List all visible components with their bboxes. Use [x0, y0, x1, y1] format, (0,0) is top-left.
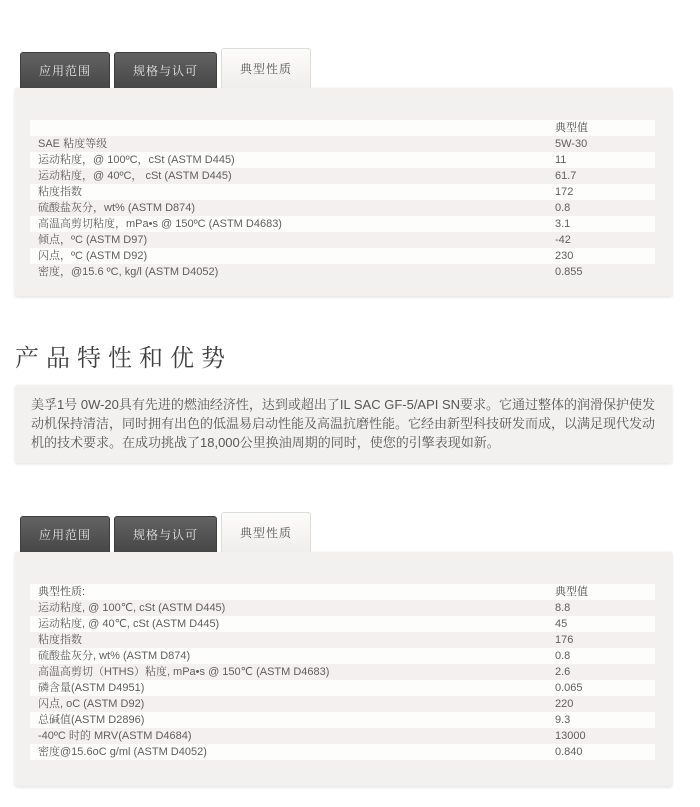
property-cell: 硫酸盐灰分, wt% (ASTM D874) [30, 648, 555, 664]
table-row: 闪点, oC (ASTM D92) 220 [30, 696, 655, 712]
table-body-2: 运动粘度, @ 100℃, cSt (ASTM D445) 8.8 运动粘度, … [30, 600, 655, 760]
property-cell: 总碱值(ASTM D2896) [30, 712, 555, 728]
features-heading: 产品特性和优势 [15, 338, 232, 373]
features-paragraph: 美孚1号 0W-20具有先进的燃油经济性，达到或超出了IL SAC GF-5/A… [31, 395, 656, 452]
tab-item[interactable]: 应用范围 [20, 52, 110, 88]
header-property-cell: 典型性质: [30, 584, 555, 600]
spec-panel-2: 典型性质: 典型值 运动粘度, @ 100℃, cSt (ASTM D445) … [15, 552, 672, 786]
property-cell: 运动粘度, @ 100℃, cSt (ASTM D445) [30, 600, 555, 616]
tab-bar-1: 应用范围 规格与认可 典型性质 [15, 48, 672, 88]
table-row: SAE 粘度等级 5W-30 [30, 136, 655, 152]
value-cell: 9.3 [555, 712, 655, 728]
value-cell: 8.8 [555, 600, 655, 616]
spec-table-1: 典型值 SAE 粘度等级 5W-30 运动粘度，@ 100ºC，cSt (AST… [30, 120, 655, 280]
value-cell: 0.840 [555, 744, 655, 760]
table-row: 粘度指数 176 [30, 632, 655, 648]
spec-table-2: 典型性质: 典型值 运动粘度, @ 100℃, cSt (ASTM D445) … [30, 584, 655, 760]
table-row: 总碱值(ASTM D2896) 9.3 [30, 712, 655, 728]
header-property-cell [30, 120, 555, 136]
value-cell: 220 [555, 696, 655, 712]
header-value-cell: 典型值 [555, 120, 655, 136]
table-row: -40ºC 时的 MRV(ASTM D4684) 13000 [30, 728, 655, 744]
tab-item[interactable]: 典型性质 [221, 48, 311, 88]
table-row: 高温高剪切（HTHS）粘度, mPa•s @ 150℃ (ASTM D4683)… [30, 664, 655, 680]
table-row: 磷含量(ASTM D4951) 0.065 [30, 680, 655, 696]
table-row: 运动粘度, @ 40℃, cSt (ASTM D445) 45 [30, 616, 655, 632]
tab-label: 规格与认可 [133, 64, 198, 78]
table-header-row: 典型性质: 典型值 [30, 584, 655, 600]
property-cell: 倾点，ºC (ASTM D97) [30, 232, 555, 248]
table-row: 闪点，ºC (ASTM D92) 230 [30, 248, 655, 264]
value-cell: 45 [555, 616, 655, 632]
value-cell: 0.855 [555, 264, 655, 280]
table-row: 粘度指数 172 [30, 184, 655, 200]
header-value-cell: 典型值 [555, 584, 655, 600]
value-cell: 13000 [555, 728, 655, 744]
value-cell: 3.1 [555, 216, 655, 232]
table-row: 倾点，ºC (ASTM D97) -42 [30, 232, 655, 248]
property-cell: -40ºC 时的 MRV(ASTM D4684) [30, 728, 555, 744]
property-cell: 密度，@15.6 ºC, kg/l (ASTM D4052) [30, 264, 555, 280]
value-cell: 172 [555, 184, 655, 200]
table-header-row: 典型值 [30, 120, 655, 136]
table-row: 运动粘度，@ 40ºC， cSt (ASTM D445) 61.7 [30, 168, 655, 184]
value-cell: 230 [555, 248, 655, 264]
tab-item[interactable]: 规格与认可 [114, 52, 217, 88]
tab-item[interactable]: 应用范围 [20, 516, 110, 552]
property-cell: 运动粘度，@ 40ºC， cSt (ASTM D445) [30, 168, 555, 184]
property-cell: 高温高剪切（HTHS）粘度, mPa•s @ 150℃ (ASTM D4683) [30, 664, 555, 680]
property-cell: 硫酸盐灰分，wt% (ASTM D874) [30, 200, 555, 216]
tab-label: 应用范围 [39, 64, 91, 78]
spec-section-1: 应用范围 规格与认可 典型性质 典型值 SAE 粘度等级 5W-30 [15, 48, 672, 296]
table-row: 密度，@15.6 ºC, kg/l (ASTM D4052) 0.855 [30, 264, 655, 280]
property-cell: 高温高剪切粘度，mPa•s @ 150ºC (ASTM D4683) [30, 216, 555, 232]
value-cell: -42 [555, 232, 655, 248]
property-cell: 粘度指数 [30, 632, 555, 648]
value-cell: 176 [555, 632, 655, 648]
spec-section-2: 应用范围 规格与认可 典型性质 典型性质: 典型值 运动粘度, @ 100℃, … [15, 512, 672, 786]
property-cell: 粘度指数 [30, 184, 555, 200]
tab-item[interactable]: 典型性质 [221, 512, 311, 552]
features-panel: 美孚1号 0W-20具有先进的燃油经济性，达到或超出了IL SAC GF-5/A… [15, 385, 672, 463]
value-cell: 61.7 [555, 168, 655, 184]
property-cell: SAE 粘度等级 [30, 136, 555, 152]
table-row: 高温高剪切粘度，mPa•s @ 150ºC (ASTM D4683) 3.1 [30, 216, 655, 232]
spec-panel-1: 典型值 SAE 粘度等级 5W-30 运动粘度，@ 100ºC，cSt (AST… [15, 88, 672, 296]
property-cell: 运动粘度，@ 100ºC，cSt (ASTM D445) [30, 152, 555, 168]
value-cell: 0.8 [555, 200, 655, 216]
tab-label: 规格与认可 [133, 528, 198, 542]
tab-item[interactable]: 规格与认可 [114, 516, 217, 552]
table-row: 运动粘度, @ 100℃, cSt (ASTM D445) 8.8 [30, 600, 655, 616]
table-row: 硫酸盐灰分，wt% (ASTM D874) 0.8 [30, 200, 655, 216]
tab-label: 应用范围 [39, 528, 91, 542]
table-row: 密度@15.6oC g/ml (ASTM D4052) 0.840 [30, 744, 655, 760]
property-cell: 密度@15.6oC g/ml (ASTM D4052) [30, 744, 555, 760]
property-cell: 闪点, oC (ASTM D92) [30, 696, 555, 712]
property-cell: 运动粘度, @ 40℃, cSt (ASTM D445) [30, 616, 555, 632]
value-cell: 0.8 [555, 648, 655, 664]
tab-label: 典型性质 [240, 526, 292, 540]
value-cell: 11 [555, 152, 655, 168]
value-cell: 2.6 [555, 664, 655, 680]
tab-label: 典型性质 [240, 62, 292, 76]
property-cell: 磷含量(ASTM D4951) [30, 680, 555, 696]
value-cell: 0.065 [555, 680, 655, 696]
table-row: 硫酸盐灰分, wt% (ASTM D874) 0.8 [30, 648, 655, 664]
value-cell: 5W-30 [555, 136, 655, 152]
property-cell: 闪点，ºC (ASTM D92) [30, 248, 555, 264]
table-row: 运动粘度，@ 100ºC，cSt (ASTM D445) 11 [30, 152, 655, 168]
table-body-1: SAE 粘度等级 5W-30 运动粘度，@ 100ºC，cSt (ASTM D4… [30, 136, 655, 280]
tab-bar-2: 应用范围 规格与认可 典型性质 [15, 512, 672, 552]
